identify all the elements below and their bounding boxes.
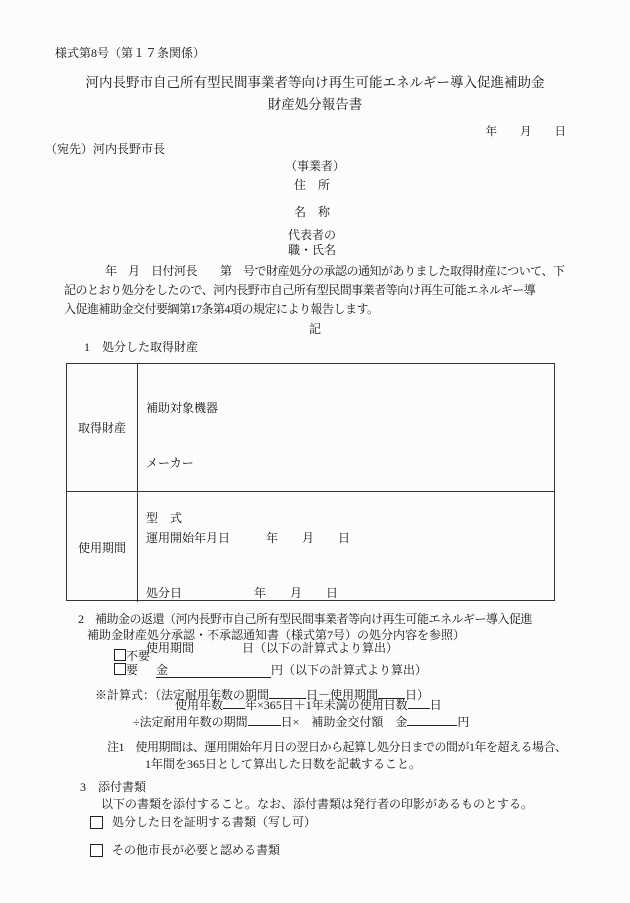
disposal-date-line: 処分日 年 月 日 [146, 587, 548, 600]
note1-line2: 1年間を365日として算出した日数を記載すること。 [145, 757, 421, 771]
attachment2-label: その他市長が必要と認める書類 [112, 843, 280, 857]
grant-amount-blank [407, 714, 457, 726]
section2-title-line2: 補助金財産処分承認・不承認通知書（様式第7号）の処分内容を参照） [87, 628, 465, 642]
formula2-prefix: ÷法定耐用年数の期間 [133, 715, 248, 729]
formula1-prefix: ※計算式：（法定耐用年数の期間 [95, 688, 269, 702]
usage-period-blank [378, 687, 405, 699]
document-title-line2: 財産処分報告書 [0, 98, 630, 112]
table-row2-content: 運用開始年月日 年 月 日 処分日 年 月 日 使用期間 日（以下の計算式より算… [138, 492, 554, 602]
body-paragraph-line1: 年 月 日付河長 第 号で財産処分の承認の通知がありました取得財産について、下 [105, 264, 565, 278]
form-number: 様式第8号（第１７条関係） [55, 46, 205, 60]
addressee: （宛先）河内長野市長 [45, 142, 165, 156]
attachment2-checkbox[interactable] [90, 844, 103, 857]
applicant-representative-line2: 職・氏名 [288, 243, 336, 257]
applicant-name-label: 名 称 [294, 205, 330, 219]
table-row1-label: 取得財産 [67, 364, 138, 492]
section2-title-line1: 2 補助金の返還（河内長野市自己所有型民間事業者等向け再生可能エネルギー導入促進 [78, 612, 532, 626]
body-paragraph-line3: 入促進補助金交付要綱第17条第4項の規定により報告します。 [64, 302, 379, 316]
applicant-address-label: 住 所 [294, 178, 330, 192]
subsidized-equipment-label: 補助対象機器 [146, 402, 548, 415]
formula-line1: ※計算式：（法定耐用年数の期間日－使用期間日） [95, 687, 429, 702]
formula2-mid: 日× 補助金交付額 金 [281, 715, 408, 729]
attachment1-checkbox[interactable] [90, 816, 103, 829]
return-not-required-row: 不要 [114, 649, 150, 663]
operation-start-date-line: 運用開始年月日 年 月 日 [146, 532, 548, 545]
amount-suffix: 円（以下の計算式より算出） [271, 663, 427, 677]
note1-line1: 注1 使用期間は、運用開始年月日の翌日から起算し処分日までの間が1年を超える場合… [107, 740, 567, 754]
table-row2-label: 使用期間 [67, 492, 138, 602]
attachment1-label: 処分した日を証明する書類（写し可） [112, 815, 316, 829]
return-required-row: 要金円（以下の計算式より算出） [114, 663, 427, 678]
document-page: 様式第8号（第１７条関係） 河内長野市自己所有型民間事業者等向け再生可能エネルギ… [0, 0, 630, 903]
statutory-period-blank [269, 687, 306, 699]
ki-marker: 記 [0, 322, 630, 336]
amount-underlined-field: 金 [156, 663, 271, 678]
return-not-required-checkbox[interactable] [114, 649, 126, 661]
amount-blank [168, 673, 271, 674]
statutory-period-blank2 [248, 714, 281, 726]
return-not-required-label: 不要 [126, 649, 150, 663]
return-required-label: 要 [126, 663, 138, 677]
usage-period-line: 使用期間 日（以下の計算式より算出） [146, 642, 548, 655]
return-required-checkbox[interactable] [114, 663, 126, 675]
acquired-property-table: 取得財産 補助対象機器 メーカー 型 式 使用期間 運用開始年月日 年 月 日 … [66, 363, 555, 601]
formula1-suffix: 日） [405, 688, 429, 702]
section3-description: 以下の書類を添付すること。なお、添付書類は発行者の印影があるものとする。 [101, 797, 533, 811]
date-field: 年 月 日 [486, 125, 567, 139]
formula1-mid: 日－使用期間 [306, 688, 378, 702]
amount-prefix: 金 [156, 663, 168, 677]
formula2-suffix: 円 [457, 715, 469, 729]
table-row1-content: 補助対象機器 メーカー 型 式 [138, 364, 554, 492]
applicant-heading: （事業者） [285, 159, 345, 173]
applicant-representative-line1: 代表者の [288, 228, 336, 242]
maker-label: メーカー [146, 457, 548, 470]
usage-years-suffix: 日 [430, 698, 442, 712]
section3-title: 3 添付書類 [80, 780, 146, 794]
section1-title: 1 処分した取得財産 [84, 340, 198, 354]
body-paragraph-line2: 記のとおり処分をしたので、河内長野市自己所有型民間事業者等向け再生可能エネルギー… [64, 283, 535, 297]
document-title-line1: 河内長野市自己所有型民間事業者等向け再生可能エネルギー導入促進補助金 [0, 76, 630, 90]
formula-line2: ÷法定耐用年数の期間日× 補助金交付額 金円 [133, 714, 469, 729]
